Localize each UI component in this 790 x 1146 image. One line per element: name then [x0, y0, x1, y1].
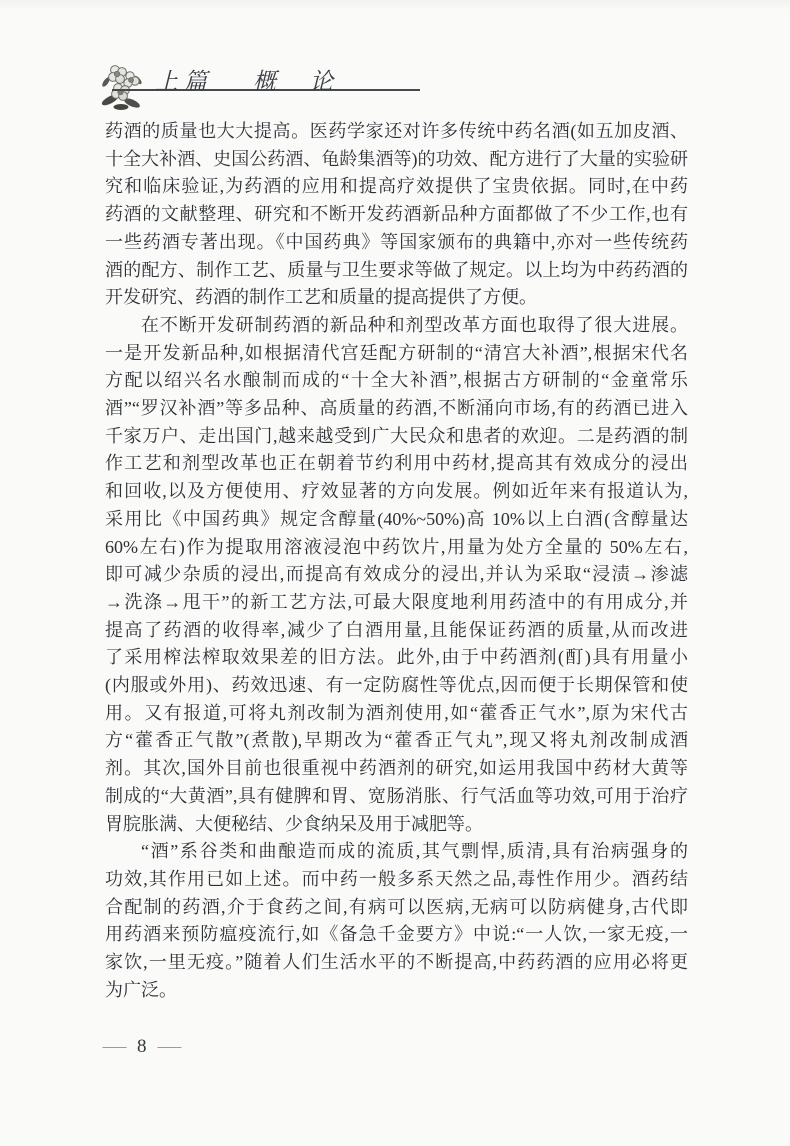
- text-line: 究和临床验证,为药酒的应用和提高疗效提供了宝贵依据。同时,在中药: [105, 173, 688, 201]
- text-line: 酒”“罗汉补酒”等多品种、高质量的药酒,不断涌向市场,有的药酒已进入: [105, 395, 688, 423]
- paragraph-2: 在不断开发研制药酒的新品种和剂型改革方面也取得了很大进展。 一是开发新品种,如根…: [105, 312, 688, 838]
- text-line: 十全大补酒、史国公药酒、龟龄集酒等)的功效、配方进行了大量的实验研: [105, 146, 688, 174]
- text-line: 开发研究、药酒的制作工艺和质量的提高提供了方便。: [105, 284, 688, 312]
- text-line: 用药酒来预防瘟疫流行,如《备急千金要方》中说:“一人饮,一家无疫,一: [105, 921, 688, 949]
- book-page: 上篇概论 药酒的质量也大大提高。医药学家还对许多传统中药名酒(如五加皮酒、 十全…: [0, 0, 790, 1146]
- text-line: 提高了药酒的收得率,减少了白酒用量,且能保证药酒的质量,从而改进: [105, 617, 688, 645]
- text-line: 用。又有报道,可将丸剂改制为酒剂使用,如“藿香正气水”,原为宋代古: [105, 700, 688, 728]
- text-line: 剂。其次,国外目前也很重视中药酒剂的研究,如运用我国中药材大黄等: [105, 755, 688, 783]
- footer-dash-left: —: [103, 1036, 127, 1058]
- section-label: 上篇: [155, 69, 213, 94]
- text-line: 功效,其作用已如上述。而中药一般多系天然之品,毒性作用少。酒药结: [105, 866, 688, 894]
- text-line: 和回收,以及方便使用、疗效显著的方向发展。例如近年来有报道认为,: [105, 478, 688, 506]
- text-line: (内服或外用)、药效迅速、有一定防腐性等优点,因而便于长期保管和使: [105, 672, 688, 700]
- text-line: 即可减少杂质的浸出,而提高有效成分的浸出,并认为采取“浸渍→渗滤: [105, 561, 688, 589]
- chapter-heading: 上篇概论: [155, 63, 367, 96]
- text-line: 一些药酒专著出现。《中国药典》等国家颁布的典籍中,亦对一些传统药: [105, 229, 688, 257]
- text-line: 一是开发新品种,如根据清代宫廷配方研制的“清宫大补酒”,根据宋代名: [105, 340, 688, 368]
- text-line: 了采用榨法榨取效果差的旧方法。此外,由于中药酒剂(酊)具有用量小: [105, 644, 688, 672]
- text-line: 药酒的质量也大大提高。医药学家还对许多传统中药名酒(如五加皮酒、: [105, 118, 688, 146]
- text-line: 方配以绍兴名水酿制而成的“十全大补酒”,根据古方研制的“金童常乐: [105, 367, 688, 395]
- flower-icon: [101, 60, 143, 112]
- text-line: 千家万户、走出国门,越来越受到广大民众和患者的欢迎。二是药酒的制: [105, 423, 688, 451]
- text-line: 60%左右)作为提取用溶液浸泡中药饮片,用量为处方全量的 50%左右,: [105, 534, 688, 562]
- text-line: “酒”系谷类和曲酿造而成的流质,其气剽悍,质清,具有治病强身的: [105, 838, 688, 866]
- text-line: 合配制的药酒,介于食药之间,有病可以医病,无病可以防病健身,古代即: [105, 894, 688, 922]
- page-body: 药酒的质量也大大提高。医药学家还对许多传统中药名酒(如五加皮酒、 十全大补酒、史…: [105, 118, 688, 1005]
- text-line: 药酒的文献整理、研究和不断开发药酒新品种方面都做了不少工作,也有: [105, 201, 688, 229]
- page-header: 上篇概论: [0, 0, 790, 120]
- footer-dash-right: —: [157, 1036, 181, 1058]
- flower-blossoms: [109, 66, 140, 101]
- page-footer: — 8 —: [105, 1036, 179, 1058]
- text-line: 方“藿香正气散”(煮散),早期改为“藿香正气丸”,现又将丸剂改制成酒: [105, 727, 688, 755]
- page-number: 8: [137, 1036, 147, 1058]
- text-line: 为广泛。: [105, 977, 688, 1005]
- text-line: 制成的“大黄酒”,具有健脾和胃、宽肠消胀、行气活血等功效,可用于治疗: [105, 783, 688, 811]
- paragraph-3: “酒”系谷类和曲酿造而成的流质,其气剽悍,质清,具有治病强身的 功效,其作用已如…: [105, 838, 688, 1004]
- text-line: 酒的配方、制作工艺、质量与卫生要求等做了规定。以上均为中药药酒的: [105, 257, 688, 285]
- text-line: 胃脘胀满、大便秘结、少食纳呆及用于减肥等。: [105, 811, 688, 839]
- text-line: →洗涤→甩干”的新工艺方法,可最大限度地利用药渣中的有用成分,并: [105, 589, 688, 617]
- text-line: 采用比《中国药典》规定含醇量(40%~50%)高 10%以上白酒(含醇量达: [105, 506, 688, 534]
- text-line: 家饮,一里无疫。”随着人们生活水平的不断提高,中药药酒的应用必将更: [105, 949, 688, 977]
- text-line: 作工艺和剂型改革也正在朝着节约利用中药材,提高其有效成分的浸出: [105, 450, 688, 478]
- paragraph-1: 药酒的质量也大大提高。医药学家还对许多传统中药名酒(如五加皮酒、 十全大补酒、史…: [105, 118, 688, 312]
- text-line: 在不断开发研制药酒的新品种和剂型改革方面也取得了很大进展。: [105, 312, 688, 340]
- chapter-title: 概论: [253, 69, 367, 94]
